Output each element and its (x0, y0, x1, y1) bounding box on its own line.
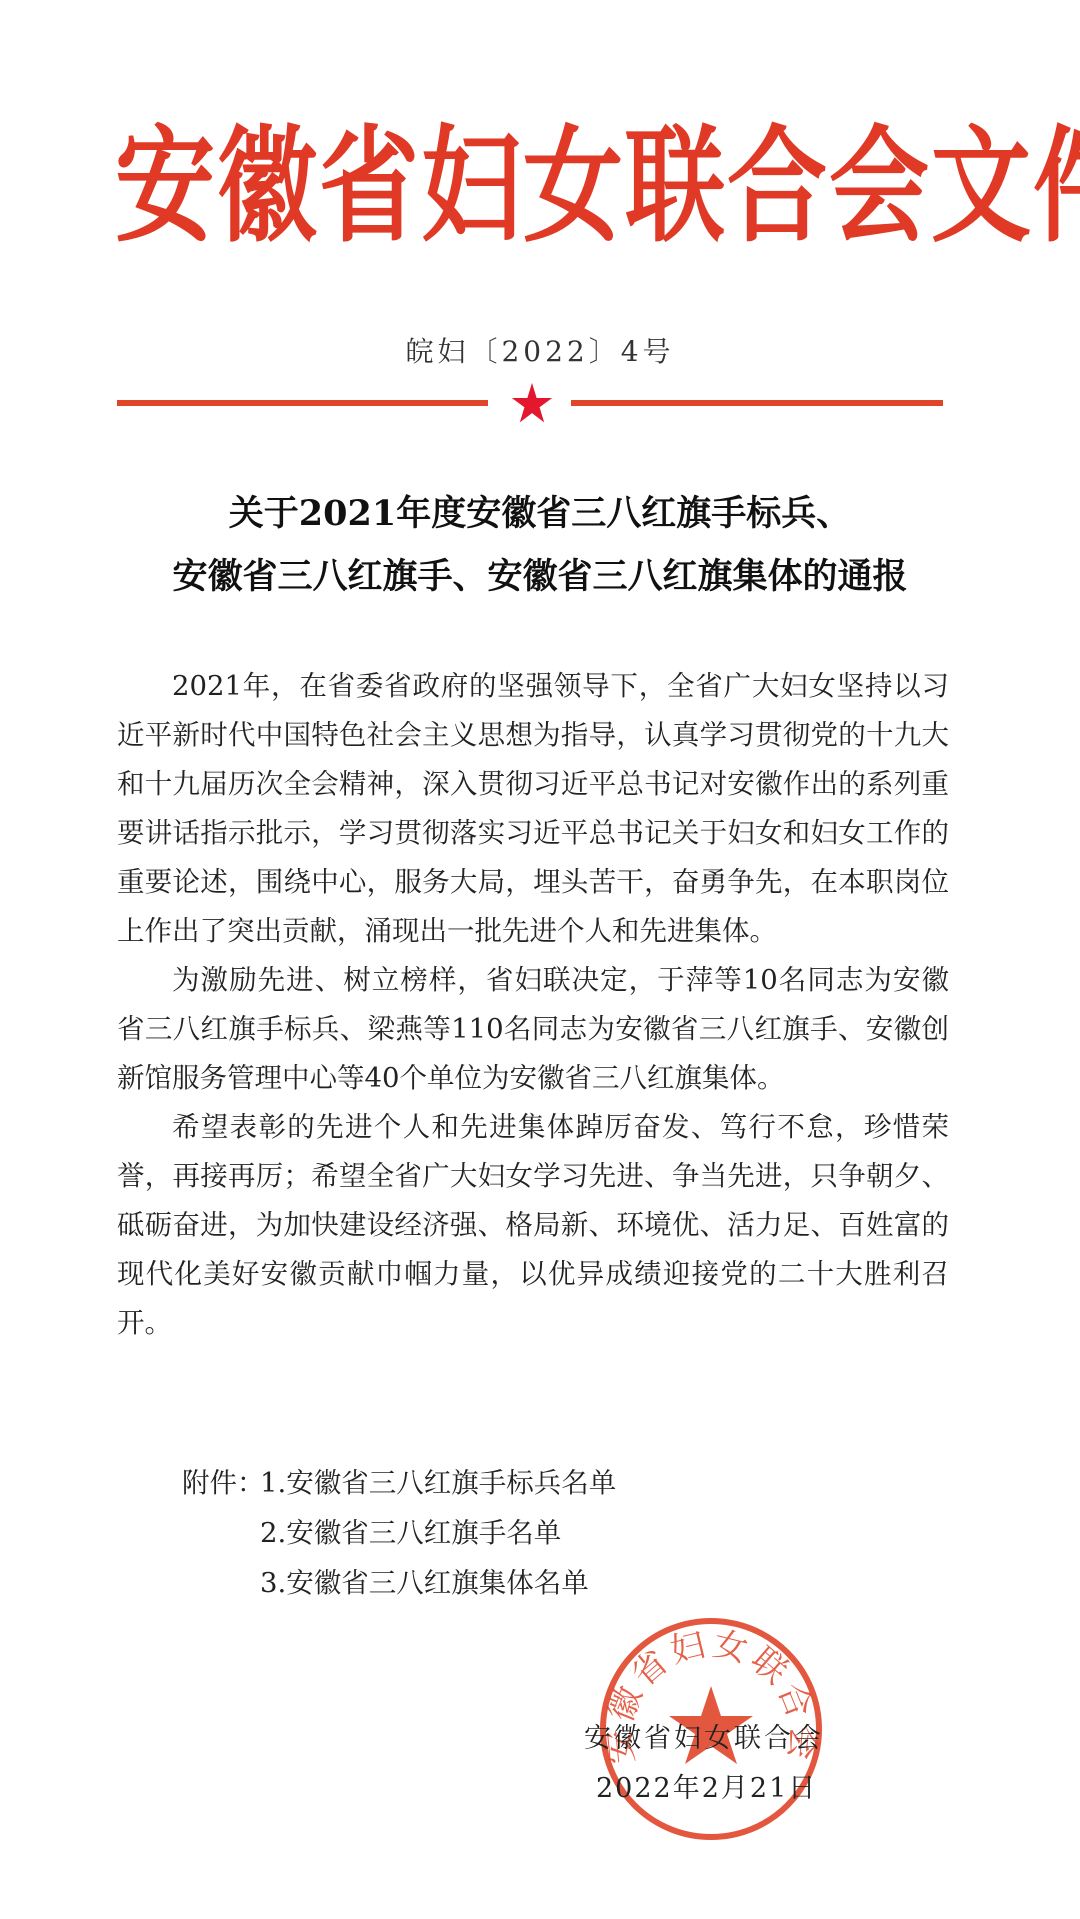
document-title-line-1: 关于2021年度安徽省三八红旗手标兵、 (100, 482, 980, 545)
document-number: 皖妇〔2022〕4号 (0, 330, 1080, 370)
attachment-item-3: 3.安徽省三八红旗集体名单 (260, 1567, 589, 1599)
divider-left-rule (117, 400, 488, 406)
signature-date: 2022年2月21日 (596, 1766, 817, 1805)
body-paragraph-2: 为激励先进、树立榜样，省妇联决定，于萍等10名同志为安徽省三八红旗手标兵、梁燕等… (117, 956, 949, 1103)
attachment-item-2: 2.安徽省三八红旗手名单 (260, 1517, 561, 1549)
body-paragraph-3: 希望表彰的先进个人和先进集体踔厉奋发、笃行不怠，珍惜荣誉，再接再厉；希望全省广大… (117, 1103, 949, 1348)
document-title: 关于2021年度安徽省三八红旗手标兵、 安徽省三八红旗手、安徽省三八红旗集体的通… (100, 482, 980, 608)
document-title-line-2: 安徽省三八红旗手、安徽省三八红旗集体的通报 (100, 545, 980, 608)
attachments-label: 附件： (182, 1458, 260, 1508)
divider-right-rule (571, 400, 943, 406)
document-header-title: 安徽省妇女联合会文件 (115, 98, 950, 273)
body-paragraph-1: 2021年，在省委省政府的坚强领导下，全省广大妇女坚持以习近平新时代中国特色社会… (117, 662, 949, 956)
document-body: 2021年，在省委省政府的坚强领导下，全省广大妇女坚持以习近平新时代中国特色社会… (117, 662, 949, 1348)
attachment-item-1: 1.安徽省三八红旗手标兵名单 (260, 1467, 616, 1499)
star-icon (511, 382, 553, 424)
signature-organization: 安徽省妇女联合会 (584, 1716, 824, 1755)
attachments-list: 附件：1.安徽省三八红旗手标兵名单 2.安徽省三八红旗手名单 3.安徽省三八红旗… (182, 1458, 616, 1608)
